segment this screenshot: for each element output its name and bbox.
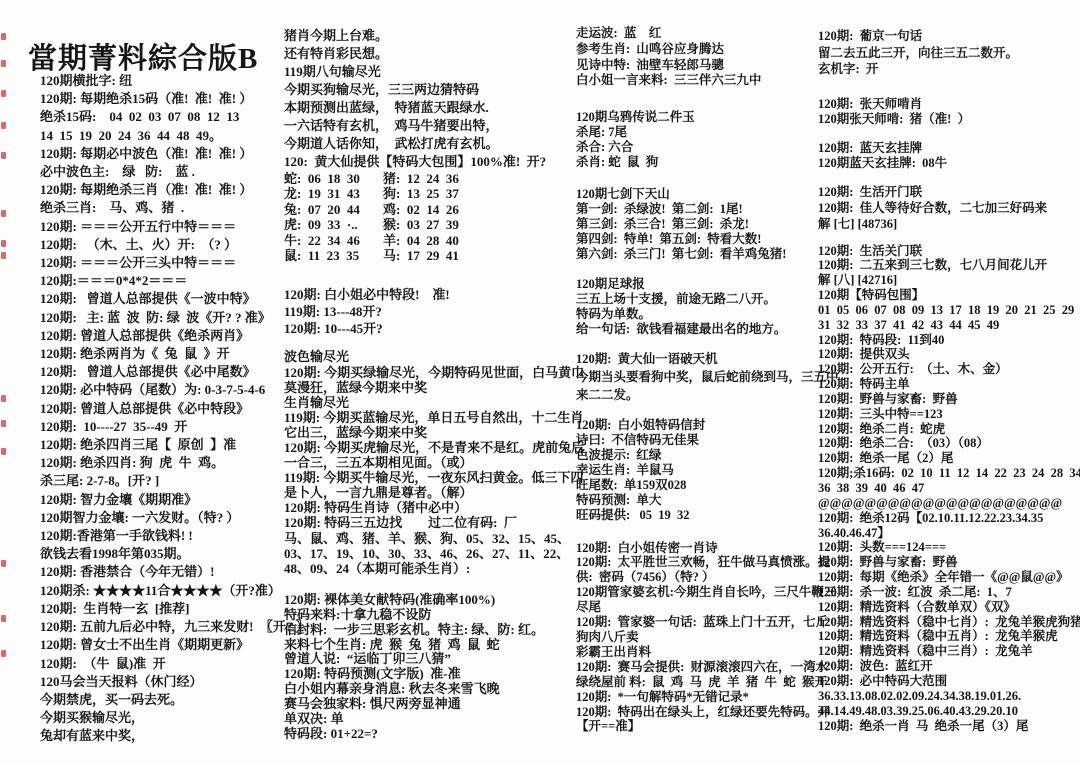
table-cell: 羊: 04 28 40	[383, 233, 459, 248]
table-cell: 鼠: 11 23 35	[284, 248, 383, 263]
text-block: 走运波: 蓝 红参考生肖: 山鸣谷应身腾达见诗中特: 油壁车轻郎马骢白小姐一言来…	[576, 26, 839, 89]
table-cell: 猪: 12 24 36	[383, 171, 459, 186]
text-line: 龙: 19 31 43狗: 13 25 37	[284, 186, 584, 201]
text-line: 120期: 精选资料（稳中五肖）: 龙兔羊猴虎	[818, 629, 1080, 644]
text-line: 44.14.49.48.03.39.25.06.40.43.29.20.10	[818, 704, 1080, 719]
text-line: 36.40.46.47】	[818, 526, 1080, 541]
text-line: 牛: 22 34 46羊: 04 28 40	[284, 233, 584, 248]
text-line: 120期: 特码段: 11到40	[818, 333, 1080, 348]
text-line: 120期: 今期买虎输尽光，不是青来不是红。虎前兔后	[284, 440, 584, 455]
text-line: 120期: 葡京一句话	[818, 28, 1080, 45]
text-line: 120期: 精选资料（稳中七肖）: 龙兔羊猴虎狗猪	[818, 615, 1080, 630]
table-cell: 蛇: 06 18 30	[284, 171, 383, 186]
text-block: 120期: 白小姐传密一肖诗120期: 太平胜世三欢畅，狂牛做马真愤涨。提供: …	[576, 541, 839, 735]
text-line: 今期买猴输尽光，	[40, 709, 309, 727]
text-line: 120期: 香港禁合（今年无错）!	[40, 563, 309, 581]
text-line: 120期: 曾道人总部提供《绝杀两肖》	[40, 327, 309, 345]
text-line: 绝杀15码: 04 02 03 07 08 12 13	[40, 108, 309, 126]
text-line: 120期: 太平胜世三欢畅，狂牛做马真愤涨。提	[576, 555, 839, 570]
text-line: 来二二发。	[576, 386, 839, 404]
text-line: 特码预测: 单大	[576, 493, 839, 508]
text-line: 03、17、19、10、30、33、46、26、27、11、22、	[284, 546, 584, 561]
text-line: 给一句话: 欲钱看福建最出名的地方。	[576, 322, 839, 337]
text-line: 第六剑: 杀三门! 第七剑: 看羊鸡兔猪!	[576, 247, 839, 262]
text-line: 120期: 提供双头	[818, 347, 1080, 362]
text-line: 120期: 野兽与家畜: 野兽	[818, 555, 1080, 570]
text-line: 120期: 绝杀二肖: 蛇虎	[818, 422, 1080, 437]
text-block: 120期: 黄大仙一语破天机今期当头要看狗中奖，鼠后蛇前绕到马，三五中来二二发。	[576, 350, 839, 404]
text-line: 120期: 每期《绝杀》全年错一《@@鼠@@》	[818, 570, 1080, 585]
text-line: 120期足球报	[576, 277, 839, 292]
text-line: 120马会当天报料（休门经）	[40, 673, 309, 691]
scan-artifact-mark	[1, 240, 6, 247]
text-line: 120期横批字: 纽	[40, 72, 309, 90]
text-line: 119期: 今期买牛输尽光，一夜东风扫黄金。低三下四	[284, 470, 584, 485]
text-line: 120期: 绝杀12码【02.10.11.12.22.23.34.35	[818, 511, 1080, 526]
text-line: 旺尾数: 单159双028	[576, 478, 839, 493]
column-3: 走运波: 蓝 红参考生肖: 山鸣谷应身腾达见诗中特: 油壁车轻郎马骢白小姐一言来…	[576, 26, 839, 734]
text-line: 120期: 特码三五边找 过二位有码: 厂	[284, 515, 584, 530]
text-block: 120期: 白小姐必中特段! 准!119期: 13---48开?120期: 10…	[284, 286, 584, 337]
text-line: 120期蓝天玄挂牌: 08牛	[818, 156, 1080, 172]
text-line: 120期: 必中特码（尾数）为: 0-3-7-5-4-6	[40, 381, 309, 399]
text-line: 第四剑: 特单! 第五剑: 特看大数!	[576, 232, 839, 247]
text-line: 120期: 主: 蓝 波 防: 绿 波《开? ? 准》	[40, 309, 309, 327]
text-line: 120期: 蓝天玄挂牌	[818, 141, 1080, 157]
text-line: 120期: 三头中特==123	[818, 407, 1080, 422]
column-2: 猪肖今期上台难。还有特肖彩民想。119期八句输尽光今期买狗输尽光，三三两边猜特码…	[284, 27, 584, 742]
scan-artifact-mark	[1, 395, 6, 402]
table-cell: 鸡: 02 14 26	[383, 202, 459, 217]
text-line: 14 15 19 20 24 36 44 48 49。	[40, 127, 309, 145]
text-line: 三五上场十支援，前途无路二八开。	[576, 292, 839, 307]
text-line: 旺码提供: 05 19 32	[576, 508, 839, 523]
text-line: 还有特肖彩民想。	[284, 45, 584, 63]
text-line: 莫漫狂，蓝绿今期来中奖	[284, 380, 584, 395]
text-line: 兔: 07 20 44鸡: 02 14 26	[284, 202, 584, 217]
text-line: 120期: 特码预测(文字版) 准-准	[284, 667, 584, 682]
text-line: 狗肉八斤卖	[576, 630, 839, 645]
text-line: 120期: 每期绝杀三肖（准! 准! 准! ）	[40, 181, 309, 199]
text-line: 119期: 13---48开?	[284, 303, 584, 320]
text-line: 01 05 06 07 08 09 13 17 18 19 20 21 25 2…	[818, 303, 1080, 318]
text-line: 诗曰: 不信特码无佳果	[576, 433, 839, 448]
scan-artifact-mark	[1, 420, 6, 427]
text-line: 120期: 特码生肖诗（猪中必中）	[284, 500, 584, 515]
text-line: 120期: ＝＝＝公开五行中特＝＝＝	[40, 218, 309, 236]
text-line: 玄机字: 开	[818, 61, 1080, 78]
text-line: 绿绕屋前 料: 鼠 鸡 马 虎 羊 猪 牛 蛇 猴开	[576, 675, 839, 690]
text-line: 120期: 绝杀二合: （03）（08）	[818, 436, 1080, 451]
text-line: 120期: 五前九后必中特，九三来发财! 〖开? 〗	[40, 618, 309, 636]
scan-artifact-mark	[1, 560, 6, 567]
text-block: 波色输尽光120期: 今期买绿输尽光，今期特码见世面，白马黄巾莫漫狂，蓝绿今期来…	[284, 349, 584, 575]
text-line: 120期: 裸体美女献特码(准确率100%)	[284, 593, 584, 608]
text-line: 48、09、24（本期可能杀生肖）:	[284, 561, 584, 576]
table-cell: 猴: 03 27 39	[383, 217, 459, 232]
text-line: 120期: 公开五行: （土、木、金）	[818, 362, 1080, 377]
text-block: 120期: 葡京一句话留二去五此三开，向往三五二数开。玄机字: 开	[818, 28, 1080, 78]
scan-artifact-mark	[1, 33, 6, 40]
scan-artifact-mark	[1, 252, 6, 259]
scan-artifact-mark	[1, 210, 6, 217]
table-cell: 兔: 07 20 44	[284, 202, 383, 217]
text-block: 120期: 张天师啃肖120期张天师啃: 猪（准! ）	[818, 97, 1080, 128]
text-line: 120期: *一句解特码*无错记录*	[576, 690, 839, 705]
text-line: 120: 黄大仙提供【特码大包围】100%准! 开?	[284, 153, 584, 171]
text-block: 120期七剑下天山第一剑: 杀绿波! 第二剑: 1尾!第三剑: 杀三合! 第三剑…	[576, 187, 839, 262]
text-block: 蛇: 06 18 30猪: 12 24 36龙: 19 31 43狗: 13 2…	[284, 171, 584, 263]
text-line: 120期: 绝杀两肖为《 兔 鼠 》开	[40, 345, 309, 363]
text-line: 杀肖: 蛇 鼠 狗	[576, 155, 839, 170]
text-line: 本期预测出蓝绿， 特猪蓝天跟绿水.	[284, 99, 584, 117]
text-line: 120期: 头数===124===	[818, 540, 1080, 555]
text-line: 120期: 曾道人总部提供《一波中特》	[40, 290, 309, 308]
text-line: 幸运生肖: 羊鼠马	[576, 463, 839, 478]
text-line: @@@@@@@@@@@@@@@@@@@@@	[818, 496, 1080, 511]
text-line: 120期【特码包围】	[818, 288, 1080, 303]
text-line: 120期: 佳人等待好合数，二七加三好码来	[818, 200, 1080, 216]
text-line: 蛇: 06 18 30猪: 12 24 36	[284, 171, 584, 186]
text-line: 120期管家婆玄机:今期生肖自长吟，三尺牛鞭三	[576, 585, 839, 600]
table-cell: 马: 17 29 41	[383, 248, 459, 263]
text-line: 供: 密码（7456）（特? ）	[576, 570, 839, 585]
text-line: 猪肖今期上台难。	[284, 27, 584, 45]
text-block: 120期足球报三五上场十支援，前途无路二八开。特码为单数。给一句话: 欲钱看福建…	[576, 277, 839, 337]
text-line: 色波提示: 红绿	[576, 448, 839, 463]
scan-artifact-mark	[1, 60, 6, 67]
text-line: 36 38 39 40 46 47	[818, 481, 1080, 496]
text-line: 杀尾: 7尾	[576, 125, 839, 140]
text-block: 120期横批字: 纽120期: 每期绝杀15码（准! 准! 准! ）绝杀15码:…	[40, 72, 309, 746]
text-line: 120期: 绝杀四肖三尾【 原创 】准	[40, 436, 309, 454]
text-block: 猪肖今期上台难。还有特肖彩民想。119期八句输尽光今期买狗输尽光，三三两边猜特码…	[284, 27, 584, 171]
text-block: 120期: 生活开门联120期: 佳人等待好合数，二七加三好码来解 [七] [4…	[818, 184, 1080, 232]
text-line: 120期: 曾女士不出生肖《期期更新》	[40, 636, 309, 654]
text-line: 120期: （牛 鼠)准 开	[40, 655, 309, 673]
text-line: 是卜人，一言九鼎是尊者。（解）	[284, 485, 584, 500]
text-line: 120期: 白小姐必中特段! 准!	[284, 286, 584, 303]
page-title: 當期菁料綜合版B	[28, 36, 258, 77]
table-cell: 牛: 22 34 46	[284, 233, 383, 248]
text-line: 特码为单数。	[576, 307, 839, 322]
text-line: 一六话特有玄机， 鸡马牛猪要出特，	[284, 117, 584, 135]
text-line: 白小姐内幕亲身消息: 秋去冬来雪飞晚	[284, 682, 584, 697]
text-line: 31 32 33 37 41 42 43 44 45 49	[818, 318, 1080, 333]
text-line: 120期: 10----27 35--49 开	[40, 418, 309, 436]
text-line: 参考生肖: 山鸣谷应身腾达	[576, 42, 839, 58]
text-line: 信封料: 一步三思彩玄机。特主: 绿、防: 红。	[284, 623, 584, 638]
scan-artifact-mark	[1, 650, 6, 657]
text-line: 120期: 绝杀四肖: 狗 虎 牛 鸡。	[40, 454, 309, 472]
text-line: 杀合: 六合	[576, 140, 839, 155]
text-line: 120期: 黄大仙一语破天机	[576, 350, 839, 368]
table-cell: 狗: 13 25 37	[383, 186, 459, 201]
text-line: 特码来料:十拿九稳不设防	[284, 608, 584, 623]
text-line: 120期: 必中特码大范围	[818, 674, 1080, 689]
text-line: 兔却有蓝来中奖，	[40, 727, 309, 745]
text-line: 120期:＝＝＝0*4*2＝＝＝	[40, 272, 309, 290]
text-line: 120期;杀16码: 02 10 11 12 14 22 23 24 28 34…	[818, 466, 1080, 481]
text-line: 生肖输尽光	[284, 395, 584, 410]
text-line: 120期智力金壤: 一六发财。（特? ）	[40, 509, 309, 527]
text-line: 36.33.13.08.02.02.09.24.34.38.19.01.26.	[818, 689, 1080, 704]
column-4: 120期: 葡京一句话留二去五此三开，向往三五二数开。玄机字: 开120期: 张…	[818, 28, 1080, 733]
text-block: 120期: 白小姐特码信封诗曰: 不信特码无佳果色波提示: 红绿幸运生肖: 羊鼠…	[576, 418, 839, 522]
scan-artifact-mark	[1, 152, 6, 159]
text-line: 119期: 今期买蓝输尽光，单日五号自然出，十二生肖	[284, 410, 584, 425]
text-line: 120期七剑下天山	[576, 187, 839, 202]
text-line: 120期: 张天师啃肖	[818, 97, 1080, 113]
text-line: 第三剑: 杀三合! 第三剑: 杀龙!	[576, 217, 839, 232]
text-line: 120期: 白小姐特码信封	[576, 418, 839, 433]
text-line: 120期: 白小姐传密一肖诗	[576, 541, 839, 556]
text-line: 今期买狗输尽光，三三两边猜特码	[284, 81, 584, 99]
scan-artifact-mark	[1, 448, 6, 455]
text-line: 单双决: 单	[284, 712, 584, 727]
text-line: 120期: 每期绝杀15码（准! 准! 准! ）	[40, 90, 309, 108]
column-1: 120期横批字: 纽120期: 每期绝杀15码（准! 准! 准! ）绝杀15码:…	[40, 72, 309, 746]
text-line: 今期道人话你知， 武松打虎有玄机。	[284, 135, 584, 153]
lottery-tip-sheet: 當期菁料綜合版B 120期横批字: 纽120期: 每期绝杀15码（准! 准! 准…	[0, 0, 1080, 764]
text-line: 120期: 特码出在绿头上，红绿还要先特码。开	[576, 705, 839, 720]
text-line: 赛马会独家料: 惧尺两旁显神通	[284, 697, 584, 712]
text-line: 解 [八] [42716]	[818, 273, 1080, 288]
text-line: 尽尾	[576, 600, 839, 615]
text-block: 120期: 生活关门联120期: 二五来到三七数，七八月间花儿开解 [八] [4…	[818, 244, 1080, 734]
text-line: 120期张天师啃: 猪（准! ）	[818, 112, 1080, 128]
text-line: 120期: 10---45开?	[284, 320, 584, 337]
text-line: 来料七个生肖: 虎 猴 兔 猪 鸡 鼠 蛇	[284, 638, 584, 653]
text-line: 120期: 曾道人总部提供《必中尾数》	[40, 363, 309, 381]
text-line: 120期: 生活开门联	[818, 184, 1080, 200]
text-line: 120期: 特码主单	[818, 377, 1080, 392]
text-line: 120期: 波色: 蓝红开	[818, 659, 1080, 674]
text-line: 解 [七] [48736]	[818, 216, 1080, 232]
text-line: 120期: 智力金壤《期期准》	[40, 491, 309, 509]
text-line: 120期: 曾道人总部提供《必中特段》	[40, 400, 309, 418]
text-line: 它出三，蓝绿今期来中奖	[284, 425, 584, 440]
text-line: 120期: 精选资料（稳中三肖）: 龙兔羊	[818, 644, 1080, 659]
text-line: 今期禁虎，买一码去死。	[40, 691, 309, 709]
text-line: 120期: 今期买绿输尽光，今期特码见世面，白马黄巾	[284, 365, 584, 380]
text-line: 特码段: 01+22=?	[284, 727, 584, 742]
text-line: 120期: 每期必中波色（准! 准! 准! ）	[40, 145, 309, 163]
scan-artifact-mark	[1, 122, 6, 129]
text-line: 120期杀: ★★★★11合★★★★（开?准）	[40, 582, 309, 600]
scan-artifact-mark	[1, 90, 6, 97]
text-line: 120期: 绝杀一肖 马 绝杀一尾（3）尾	[818, 719, 1080, 734]
text-line: 120期: ＝＝＝公开三头中特＝＝＝	[40, 254, 309, 272]
table-cell: 龙: 19 31 43	[284, 186, 383, 201]
text-line: 【开==准】	[576, 719, 839, 734]
text-line: 马、鼠、鸡、猪、羊、猴、狗、05、32、15、45、	[284, 531, 584, 546]
scan-artifact-mark	[1, 615, 6, 622]
text-line: 120期乌鸦传说二件玉	[576, 110, 839, 125]
text-line: 见诗中特: 油壁车轻郎马骢	[576, 58, 839, 74]
text-line: 120期: 杀一波: 红波 杀二尾: 1、7	[818, 585, 1080, 600]
text-line: 鼠: 11 23 35马: 17 29 41	[284, 248, 584, 263]
text-line: 今期当头要看狗中奖，鼠后蛇前绕到马，三五中	[576, 368, 839, 386]
text-line: 120期: 赛马会提供: 财源滚滚四六在，一湾水	[576, 660, 839, 675]
text-line: 120期: 野兽与家畜: 野兽	[818, 392, 1080, 407]
text-line: 120期: （木、土、火）开: （? ）	[40, 236, 309, 254]
text-line: 白小姐一言来料: 三三伴六三九中	[576, 73, 839, 89]
text-line: 曾道人说: “运临丁卯三八猜”	[284, 652, 584, 667]
text-line: 杀三尾: 2-7-8。[开? ]	[40, 472, 309, 490]
text-line: 彩霸王出肖料	[576, 645, 839, 660]
text-line: 120期:香港第一手欲钱料! !	[40, 527, 309, 545]
text-block: 120期: 裸体美女献特码(准确率100%)特码来料:十拿九稳不设防信封料: 一…	[284, 593, 584, 742]
text-line: 一合三，三五本期相见面。（或）	[284, 455, 584, 470]
text-line: 虎: 09 33 ·..猴: 03 27 39	[284, 217, 584, 232]
text-line: 第一剑: 杀绿波! 第二剑: 1尾!	[576, 202, 839, 217]
text-line: 绝杀三肖: 马、鸡、猪 .	[40, 199, 309, 217]
text-line: 欲钱去看1998年第035期。	[40, 545, 309, 563]
text-line: 波色输尽光	[284, 349, 584, 364]
text-line: 119期八句输尽光	[284, 63, 584, 81]
text-line: 120期: 管家婆一句话: 蓝珠上门十五开，七斤	[576, 615, 839, 630]
text-block: 120期: 蓝天玄挂牌120期蓝天玄挂牌: 08牛	[818, 141, 1080, 172]
table-cell: 虎: 09 33 ·..	[284, 217, 383, 232]
text-line: 120期: 精选资料（合数单双）《双》	[818, 600, 1080, 615]
text-line: 120期: 绝杀一尾（2）尾	[818, 451, 1080, 466]
text-line: 留二去五此三开，向往三五二数开。	[818, 45, 1080, 62]
text-line: 走运波: 蓝 红	[576, 26, 839, 42]
text-line: 必中波色主: 绿 防: 蓝 .	[40, 163, 309, 181]
text-line: 120期: 二五来到三七数，七八月间花儿开	[818, 258, 1080, 273]
text-line: 120期: 生肖特一玄 [推荐]	[40, 600, 309, 618]
text-line: 120期: 生活关门联	[818, 244, 1080, 259]
text-block: 120期乌鸦传说二件玉杀尾: 7尾杀合: 六合杀肖: 蛇 鼠 狗	[576, 110, 839, 170]
